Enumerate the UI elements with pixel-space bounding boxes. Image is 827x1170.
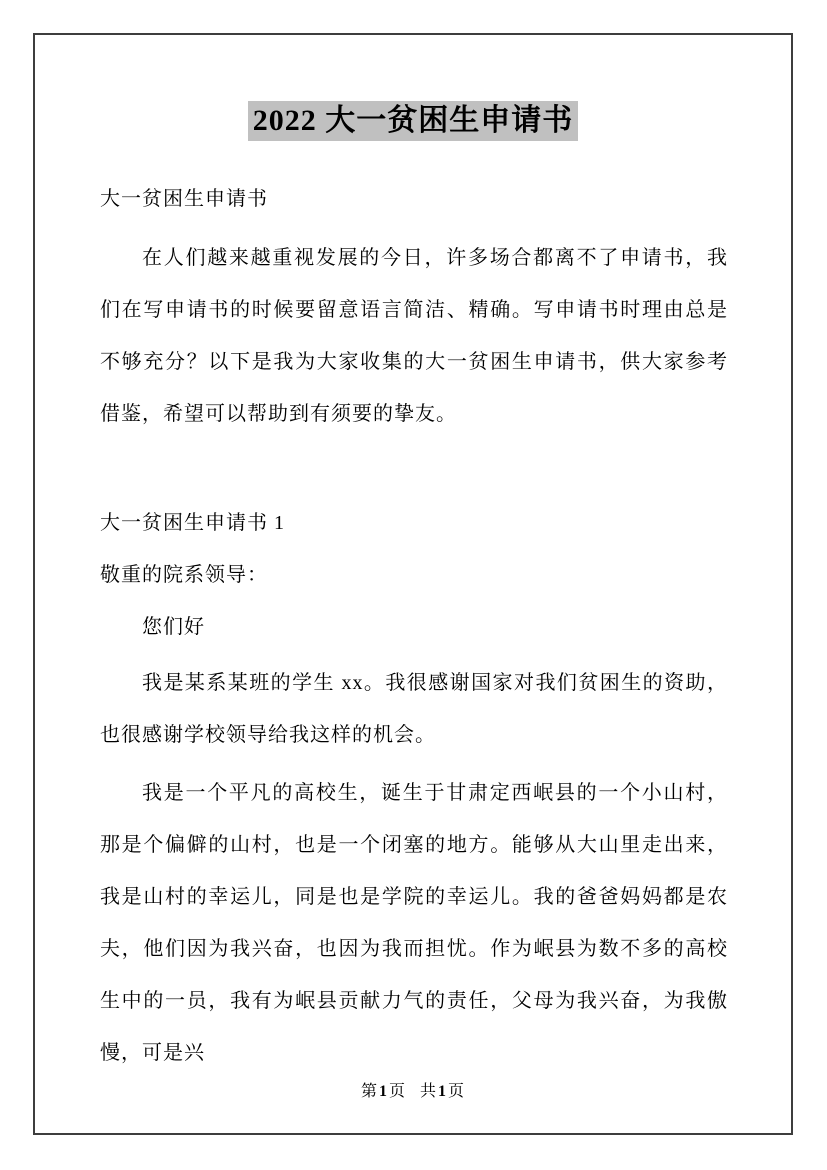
current-page-number: 1 <box>378 1083 389 1100</box>
page-footer: 第1页共1页 <box>35 1082 791 1102</box>
blank-line <box>100 440 728 492</box>
page-number-suffix: 页 <box>389 1083 406 1100</box>
document-title-text: 2022 大一贫困生申请书 <box>248 101 579 141</box>
paragraph: 敬重的院系领导： <box>100 549 728 601</box>
document-title: 2022 大一贫困生申请书 <box>35 101 791 146</box>
total-pages-number: 1 <box>437 1083 448 1100</box>
paragraph: 在人们越来越重视发展的今日，许多场合都离不了申请书，我们在写申请书的时候要留意语… <box>100 232 728 440</box>
paragraph: 我是一个平凡的高校生，诞生于甘肃定西岷县的一个小山村，那是个偏僻的山村，也是一个… <box>100 767 728 1079</box>
paragraph: 大一贫困生申请书 1 <box>100 497 728 549</box>
total-pages-prefix: 共 <box>420 1083 437 1100</box>
document-canvas: 2022 大一贫困生申请书 大一贫困生申请书 在人们越来越重视发展的今日，许多场… <box>0 0 827 1170</box>
document-body: 大一贫困生申请书 在人们越来越重视发展的今日，许多场合都离不了申请书，我们在写申… <box>35 173 791 1079</box>
page-number-prefix: 第 <box>361 1083 378 1100</box>
document-page: 2022 大一贫困生申请书 大一贫困生申请书 在人们越来越重视发展的今日，许多场… <box>33 33 793 1135</box>
paragraph: 您们好 <box>100 601 728 653</box>
total-pages-suffix: 页 <box>448 1083 465 1100</box>
paragraph: 大一贫困生申请书 <box>100 173 728 225</box>
paragraph: 我是某系某班的学生 xx。我很感谢国家对我们贫困生的资助，也很感谢学校领导给我这… <box>100 657 728 761</box>
